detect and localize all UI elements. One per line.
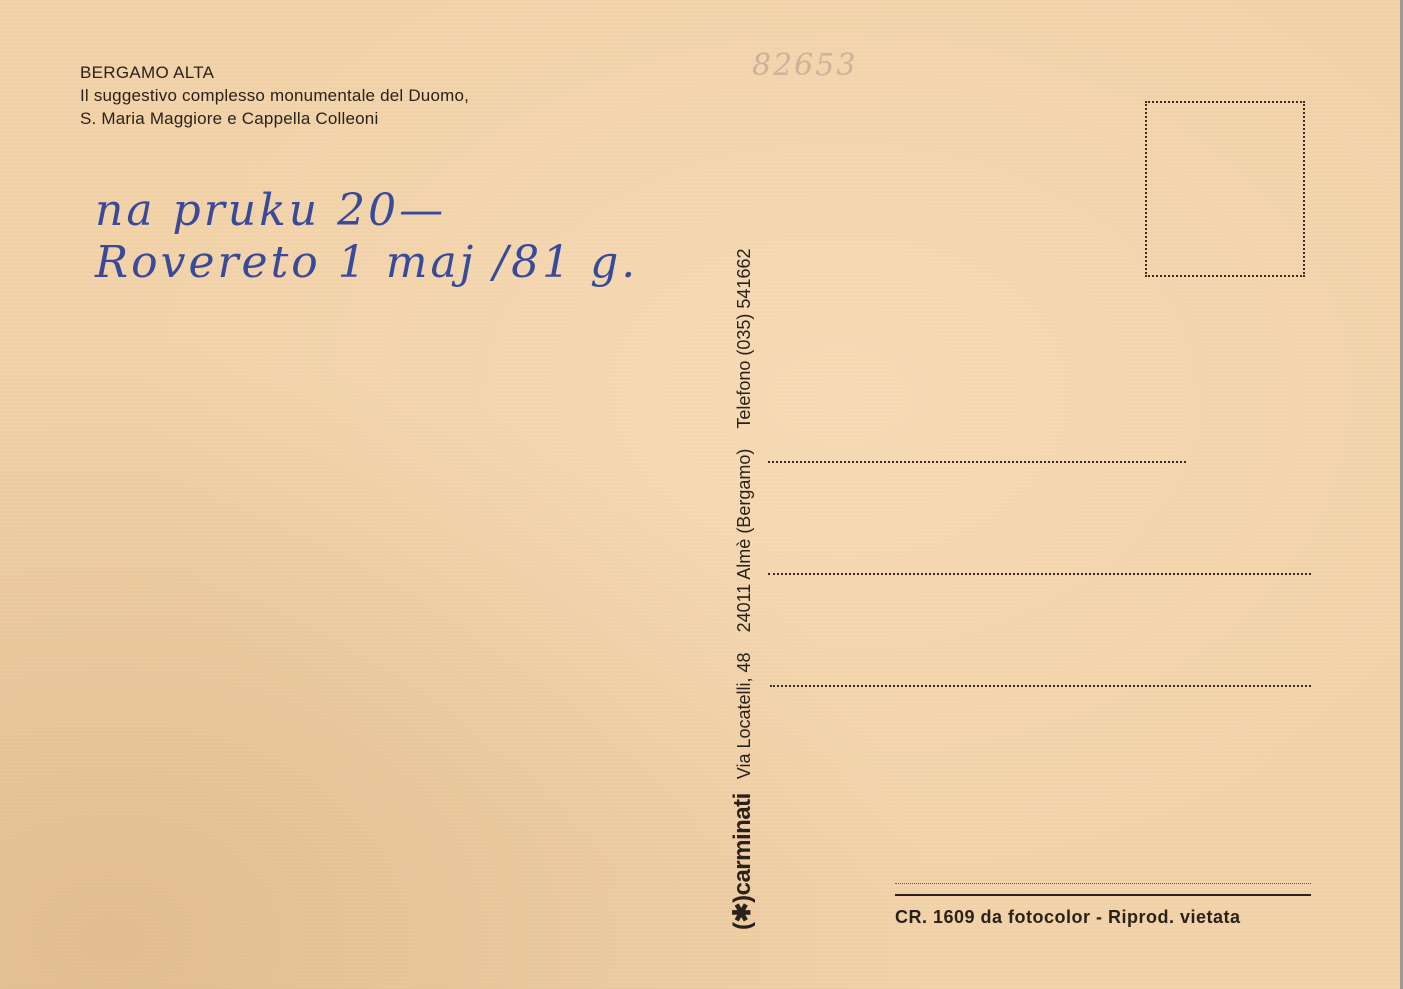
caption-line-1: Il suggestivo complesso monumentale del … bbox=[80, 84, 469, 107]
handwritten-note: na pruku 20— Rovereto 1 maj /81 g. bbox=[95, 185, 638, 289]
handwritten-line-1: na pruku 20— bbox=[95, 185, 638, 237]
stamp-placeholder-box bbox=[1145, 101, 1305, 277]
handwritten-line-2: Rovereto 1 maj /81 g. bbox=[95, 237, 638, 289]
address-line-2 bbox=[768, 573, 1311, 575]
publisher-address: Via Locatelli, 48 bbox=[734, 652, 755, 779]
footer-credit: CR. 1609 da fotocolor - Riprod. vietata bbox=[895, 907, 1241, 928]
address-line-4 bbox=[895, 883, 1311, 884]
footer-rule bbox=[895, 894, 1311, 896]
publisher-brand: (✱)carminati bbox=[728, 793, 757, 930]
caption-line-2: S. Maria Maggiore e Cappella Colleoni bbox=[80, 107, 469, 130]
publisher-phone: Telefono (035) 541662 bbox=[734, 249, 755, 429]
caption-block: BERGAMO ALTA Il suggestivo complesso mon… bbox=[80, 62, 469, 130]
pencil-archive-number: 82653 bbox=[752, 48, 857, 83]
address-line-3 bbox=[770, 685, 1311, 687]
caption-title: BERGAMO ALTA bbox=[80, 62, 469, 84]
publisher-city: 24011 Almè (Bergamo) bbox=[734, 449, 755, 633]
postcard-back: BERGAMO ALTA Il suggestivo complesso mon… bbox=[0, 0, 1403, 989]
address-line-1 bbox=[768, 461, 1186, 463]
publisher-imprint: (✱)carminati Via Locatelli, 48 24011 Alm… bbox=[728, 70, 757, 930]
